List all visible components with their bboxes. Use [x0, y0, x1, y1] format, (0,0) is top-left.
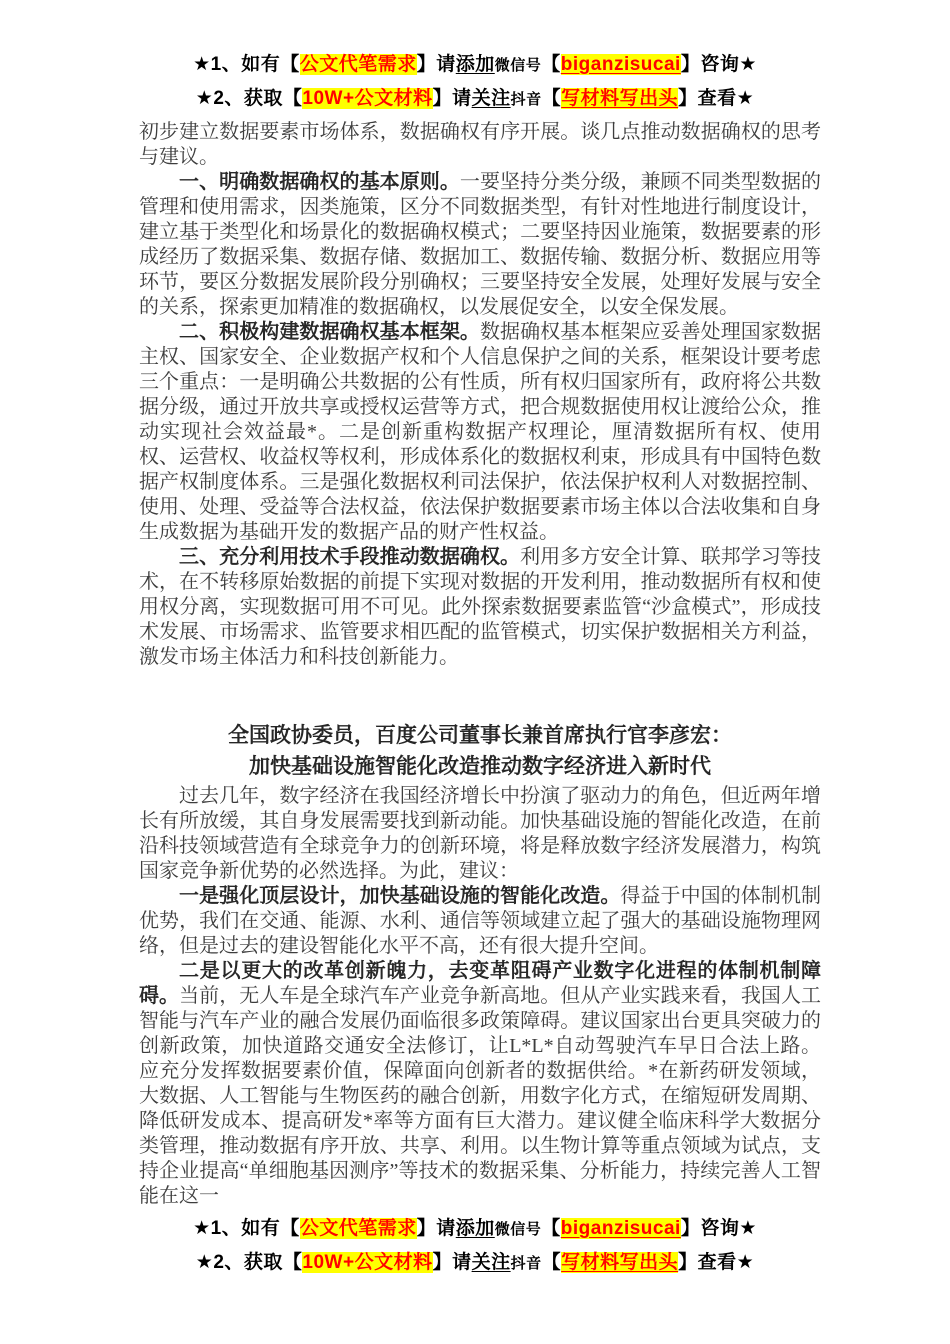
paragraph: 二、积极构建数据确权基本框架。数据确权基本框架应妥善处理国家数据主权、国家安全、…: [139, 320, 821, 545]
promo2-douyin-label: 抖音: [511, 1255, 542, 1272]
promo2-douyin-id: 写材料写出头: [561, 1252, 678, 1273]
promo1-add-action: 添加: [456, 1218, 495, 1239]
paragraph-lead: 一、明确数据确权的基本原则。: [179, 171, 460, 193]
promo1-service-highlight: 公文代笔需求: [300, 1218, 417, 1239]
paragraph: 一是强化顶层设计，加快基础设施的智能化改造。得益于中国的体制机制优势，我们在交通…: [139, 884, 821, 959]
promo1-service-highlight: 公文代笔需求: [300, 54, 417, 75]
article1-intro: 初步建立数据要素市场体系，数据确权有序开展。谈几点推动数据确权的思考与建议。: [139, 120, 821, 170]
promo2-material-highlight: 10W+公文材料: [302, 1252, 432, 1273]
paragraph-lead: 三、充分利用技术手段推动数据确权。: [179, 546, 520, 568]
promo1-wechat-label: 微信号: [495, 57, 542, 74]
promo-header: ★1、如有【公文代笔需求】请添加微信号【biganzisucai】咨询★ ★2、…: [0, 48, 950, 116]
promo-footer-line-2: ★2、获取【10W+公文材料】请关注抖音【写材料写出头】查看★: [0, 1246, 950, 1280]
paragraph-text: 一要坚持分类分级，兼顾不同类型数据的管理和使用需求，因类施策，区分不同数据类型，…: [139, 171, 821, 318]
promo2-suffix: 】查看★: [678, 1252, 754, 1273]
promo2-prefix: ★2、获取【: [196, 88, 303, 109]
promo2-bracket: 【: [542, 1252, 562, 1273]
paragraph-lead: 一是强化顶层设计，加快基础设施的智能化改造。: [179, 885, 620, 907]
promo2-suffix: 】查看★: [678, 88, 754, 109]
article2-title: 全国政协委员，百度公司董事长兼首席执行官李彦宏： 加快基础设施智能化改造推动数字…: [139, 720, 821, 782]
promo1-wechat-id: biganzisucai: [561, 1218, 681, 1239]
promo-footer: ★1、如有【公文代笔需求】请添加微信号【biganzisucai】咨询★ ★2、…: [0, 1212, 950, 1280]
article2-title-line2: 加快基础设施智能化改造推动数字经济进入新时代: [139, 751, 821, 782]
promo1-wechat-label: 微信号: [495, 1221, 542, 1238]
promo1-add-action: 添加: [456, 54, 495, 75]
promo2-prefix: ★2、获取【: [196, 1252, 303, 1273]
promo1-wechat-id: biganzisucai: [561, 54, 681, 75]
paragraph-text: 数据确权基本框架应妥善处理国家数据主权、国家安全、企业数据产权和个人信息保护之间…: [139, 321, 821, 543]
paragraph-text: 过去几年，数字经济在我国经济增长中扮演了驱动力的角色，但近两年增长有所放缓，其自…: [139, 785, 821, 882]
promo1-mid: 】请: [417, 54, 456, 75]
promo2-follow-action: 关注: [472, 88, 511, 109]
paragraph: 过去几年，数字经济在我国经济增长中扮演了驱动力的角色，但近两年增长有所放缓，其自…: [139, 784, 821, 884]
promo1-bracket: 【: [541, 54, 561, 75]
promo1-prefix: ★1、如有【: [193, 1218, 300, 1239]
promo1-suffix: 】咨询★: [681, 54, 757, 75]
paragraph-text: 当前，无人车是全球汽车产业竞争新高地。但从产业实践来看，我国人工智能与汽车产业的…: [139, 985, 821, 1207]
paragraph-lead: 二、积极构建数据确权基本框架。: [179, 321, 480, 343]
promo2-bracket: 【: [542, 88, 562, 109]
promo2-douyin-id: 写材料写出头: [561, 88, 678, 109]
promo-footer-line-1: ★1、如有【公文代笔需求】请添加微信号【biganzisucai】咨询★: [0, 1212, 950, 1246]
paragraph: 二是以更大的改革创新魄力，去变革阻碍产业数字化进程的体制机制障碍。当前，无人车是…: [139, 959, 821, 1209]
promo2-mid: 】请: [433, 1252, 472, 1273]
paragraph: 三、充分利用技术手段推动数据确权。利用多方安全计算、联邦学习等技术，在不转移原始…: [139, 545, 821, 670]
promo1-bracket: 【: [541, 1218, 561, 1239]
promo2-material-highlight: 10W+公文材料: [302, 88, 432, 109]
promo2-follow-action: 关注: [472, 1252, 511, 1273]
promo2-mid: 】请: [433, 88, 472, 109]
promo2-douyin-label: 抖音: [511, 91, 542, 108]
article2-title-line1: 全国政协委员，百度公司董事长兼首席执行官李彦宏：: [139, 720, 821, 751]
document-page: ★1、如有【公文代笔需求】请添加微信号【biganzisucai】咨询★ ★2、…: [0, 0, 950, 1344]
promo1-prefix: ★1、如有【: [193, 54, 300, 75]
promo-header-line-1: ★1、如有【公文代笔需求】请添加微信号【biganzisucai】咨询★: [0, 48, 950, 82]
promo1-mid: 】请: [417, 1218, 456, 1239]
promo1-suffix: 】咨询★: [681, 1218, 757, 1239]
promo-header-line-2: ★2、获取【10W+公文材料】请关注抖音【写材料写出头】查看★: [0, 82, 950, 116]
document-body: 初步建立数据要素市场体系，数据确权有序开展。谈几点推动数据确权的思考与建议。 一…: [139, 120, 821, 1209]
paragraph: 一、明确数据确权的基本原则。一要坚持分类分级，兼顾不同类型数据的管理和使用需求，…: [139, 170, 821, 320]
